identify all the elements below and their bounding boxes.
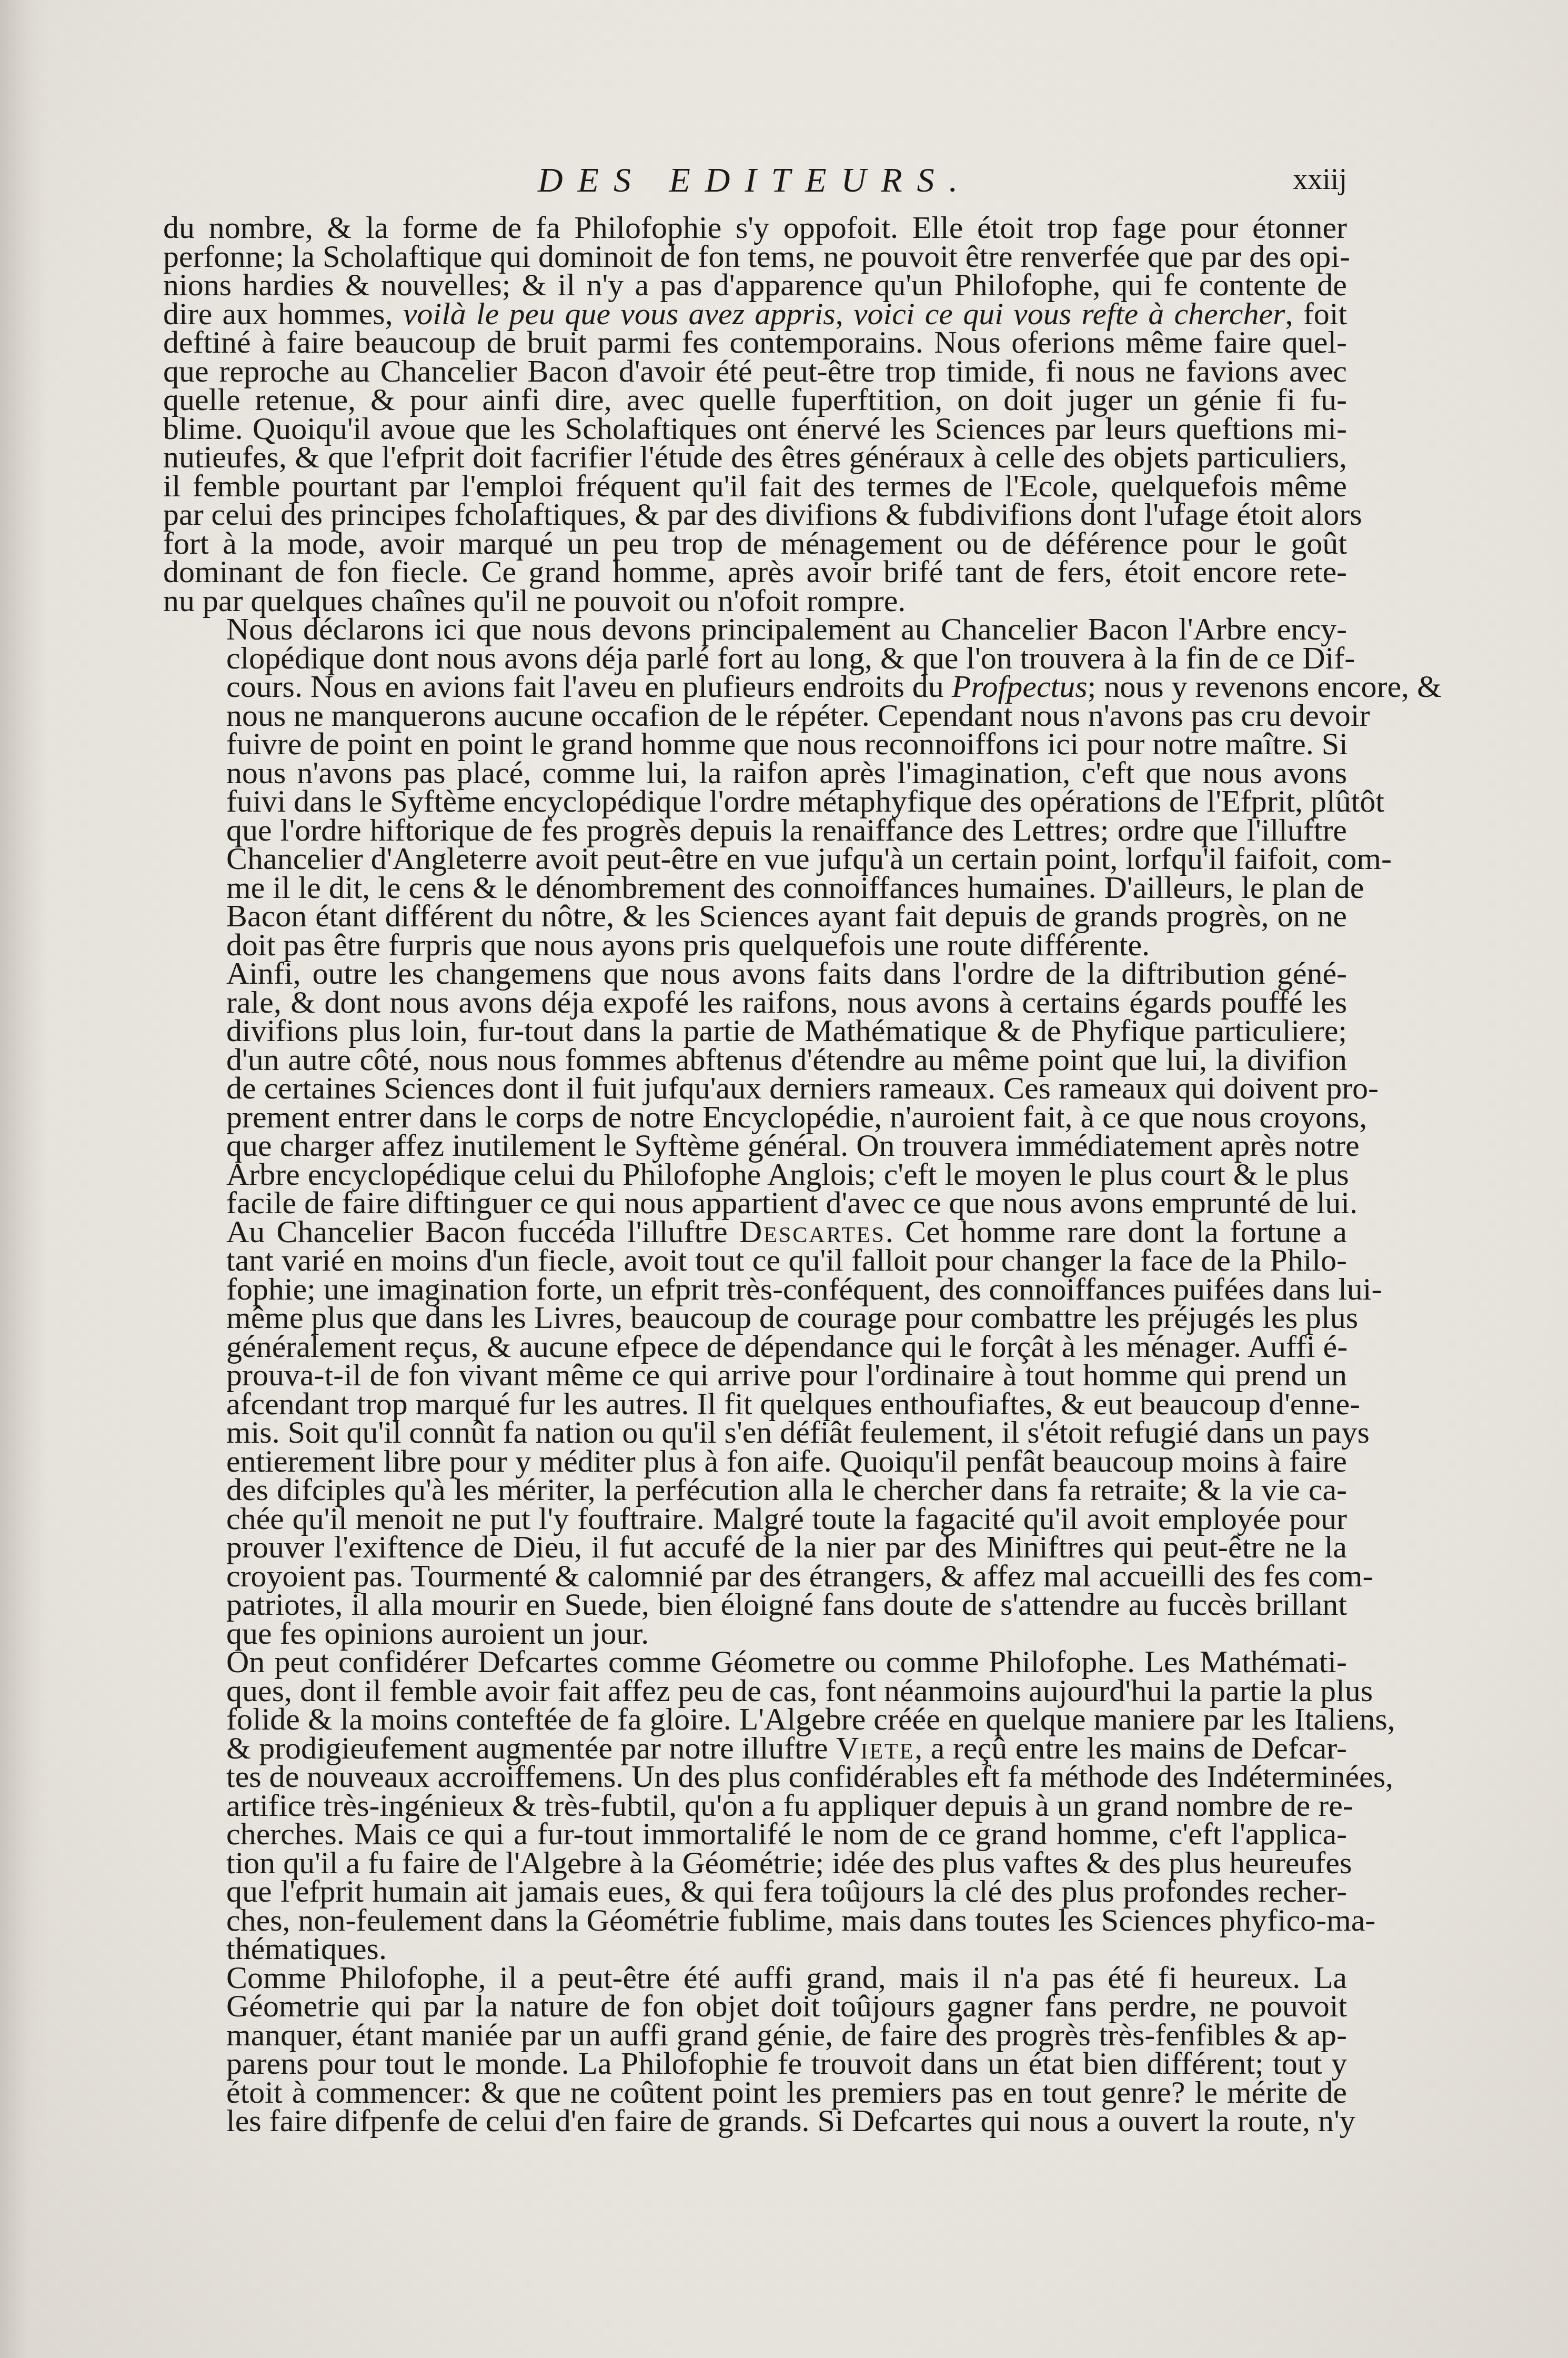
text-line: il femble pourtant par l'emploi fréquent… bbox=[163, 472, 1347, 501]
text-line: par celui des principes fcholaftiques, &… bbox=[163, 500, 1347, 529]
text-line: que fes opinions auroient un jour. bbox=[163, 1619, 1347, 1648]
text-line: dominant de fon fiecle. Ce grand homme, … bbox=[163, 557, 1347, 586]
text-line: quelle retenue, & pour ainfi dire, avec … bbox=[163, 385, 1347, 414]
paragraph: Comme Philofophe, il a peut-être été auf… bbox=[163, 1963, 1347, 2135]
text-line: tion qu'il a fu faire de l'Algebre à la … bbox=[163, 1849, 1347, 1877]
text-line: du nombre, & la forme de fa Philofophie … bbox=[163, 213, 1347, 242]
text-line: & prodigieufement augmentée par notre il… bbox=[163, 1734, 1347, 1763]
text-line: Bacon étant différent du nôtre, & les Sc… bbox=[163, 902, 1347, 931]
text-line: thématiques. bbox=[163, 1934, 1347, 1963]
text-line: chée qu'il menoit ne put l'y fouftraire.… bbox=[163, 1504, 1347, 1533]
text-line: Comme Philofophe, il a peut-être été auf… bbox=[163, 1963, 1347, 1992]
text-line: d'un autre côté, nous nous fommes abften… bbox=[163, 1045, 1347, 1074]
paragraph: Nous déclarons ici que nous devons princ… bbox=[163, 615, 1347, 959]
text-line: étoit à commencer: & que ne coûtent poin… bbox=[163, 2078, 1347, 2107]
text-line: tes de nouveaux accroiffemens. Un des pl… bbox=[163, 1762, 1347, 1791]
text-line: doit pas être furpris que nous ayons pri… bbox=[163, 931, 1347, 960]
text-line: blime. Quoiqu'il avoue que les Scholafti… bbox=[163, 414, 1347, 443]
text-line: facile de faire diftinguer ce qui nous a… bbox=[163, 1188, 1347, 1217]
paragraph: Ainfi, outre les changemens que nous avo… bbox=[163, 959, 1347, 1217]
text-line: clopédique dont nous avons déja parlé fo… bbox=[163, 644, 1347, 673]
text-line: parens pour tout le monde. La Philofophi… bbox=[163, 2049, 1347, 2078]
text-line: nutieufes, & que l'efprit doit facrifier… bbox=[163, 443, 1347, 472]
text-line: folide & la moins conteftée de fa gloire… bbox=[163, 1705, 1347, 1734]
page-number: xxiij bbox=[1293, 163, 1347, 196]
text-line: rale, & dont nous avons déja expofé les … bbox=[163, 988, 1347, 1017]
text-line: Nous déclarons ici que nous devons princ… bbox=[163, 615, 1347, 644]
text-line: Chancelier d'Angleterre avoit peut-être … bbox=[163, 844, 1347, 873]
text-line: On peut confidérer Defcartes comme Géome… bbox=[163, 1647, 1347, 1676]
page-header: DES EDITEURS. xxiij bbox=[163, 161, 1347, 208]
running-head: DES EDITEURS. bbox=[163, 161, 1347, 201]
text-line: nu par quelques chaînes qu'il ne pouvoit… bbox=[163, 586, 1347, 615]
page-gutter-shadow bbox=[0, 0, 47, 2358]
text-line: fuivi dans le Syftème encyclopédique l'o… bbox=[163, 787, 1347, 816]
text-line: patriotes, il alla mourir en Suede, bien… bbox=[163, 1590, 1347, 1619]
text-line: fophie; une imagination forte, un efprit… bbox=[163, 1275, 1347, 1304]
text-line: perfonne; la Scholaftique qui dominoit d… bbox=[163, 242, 1347, 271]
text-line: prement entrer dans le corps de notre En… bbox=[163, 1103, 1347, 1132]
text-line: ques, dont il femble avoir fait affez pe… bbox=[163, 1676, 1347, 1705]
text-line: que l'efprit humain ait jamais eues, & q… bbox=[163, 1877, 1347, 1906]
text-line: croyoient pas. Tourmenté & calomnié par … bbox=[163, 1562, 1347, 1591]
text-line: même plus que dans les Livres, beaucoup … bbox=[163, 1303, 1347, 1332]
text-line: cours. Nous en avions fait l'aveu en plu… bbox=[163, 672, 1347, 701]
text-line: dire aux hommes, voilà le peu que vous a… bbox=[163, 299, 1347, 328]
text-line: que l'ordre hiftorique de fes progrès de… bbox=[163, 816, 1347, 845]
text-line: nous n'avons pas placé, comme lui, la ra… bbox=[163, 758, 1347, 787]
text-line: de certaines Sciences dont il fuit jufqu… bbox=[163, 1074, 1347, 1103]
text-line: prouva-t-il de fon vivant même ce qui ar… bbox=[163, 1361, 1347, 1390]
text-line: généralement reçus, & aucune efpece de d… bbox=[163, 1332, 1347, 1361]
text-line: fort à la mode, avoir marqué un peu trop… bbox=[163, 529, 1347, 558]
text-line: nions hardies & nouvelles; & il n'y a pa… bbox=[163, 271, 1347, 299]
text-line: manquer, étant maniée par un auffi grand… bbox=[163, 2021, 1347, 2050]
text-line: Ainfi, outre les changemens que nous avo… bbox=[163, 959, 1347, 988]
text-line: Géometrie qui par la nature de fon objet… bbox=[163, 1992, 1347, 2021]
text-line: fuivre de point en point le grand homme … bbox=[163, 730, 1347, 758]
text-line: Au Chancelier Bacon fuccéda l'illuftre D… bbox=[163, 1217, 1347, 1246]
text-line: nous ne manquerons aucune occafion de le… bbox=[163, 701, 1347, 730]
text-line: les faire difpenfe de celui d'en faire d… bbox=[163, 2106, 1347, 2135]
text-line: mis. Soit qu'il connût fa nation ou qu'i… bbox=[163, 1418, 1347, 1447]
text-line: que reproche au Chancelier Bacon d'avoir… bbox=[163, 357, 1347, 386]
book-page: DES EDITEURS. xxiij du nombre, & la form… bbox=[0, 0, 1568, 2358]
text-line: cherches. Mais ce qui a fur-tout immorta… bbox=[163, 1820, 1347, 1849]
text-line: Arbre encyclopédique celui du Philofophe… bbox=[163, 1160, 1347, 1189]
text-line: entierement libre pour y méditer plus à … bbox=[163, 1447, 1347, 1476]
text-line: prouver l'exiftence de Dieu, il fut accu… bbox=[163, 1533, 1347, 1562]
text-line: que charger affez inutilement le Syftème… bbox=[163, 1131, 1347, 1160]
paragraph: On peut confidérer Defcartes comme Géome… bbox=[163, 1647, 1347, 1963]
text-line: divifions plus loin, fur-tout dans la pa… bbox=[163, 1016, 1347, 1045]
text-line: afcendant trop marqué fur les autres. Il… bbox=[163, 1390, 1347, 1418]
text-line: artifice très-ingénieux & très-fubtil, q… bbox=[163, 1791, 1347, 1820]
text-line: des difciples qu'à les mériter, la perfé… bbox=[163, 1475, 1347, 1504]
body-text: du nombre, & la forme de fa Philofophie … bbox=[163, 213, 1347, 2135]
text-line: deftiné à faire beaucoup de bruit parmi … bbox=[163, 328, 1347, 357]
text-line: me il le dit, le cens & le dénombrement … bbox=[163, 873, 1347, 902]
text-line: tant varié en moins d'un fiecle, avoit t… bbox=[163, 1246, 1347, 1275]
paragraph: Au Chancelier Bacon fuccéda l'illuftre D… bbox=[163, 1217, 1347, 1648]
paragraph: du nombre, & la forme de fa Philofophie … bbox=[163, 213, 1347, 615]
text-line: ches, non-feulement dans la Géométrie fu… bbox=[163, 1906, 1347, 1935]
